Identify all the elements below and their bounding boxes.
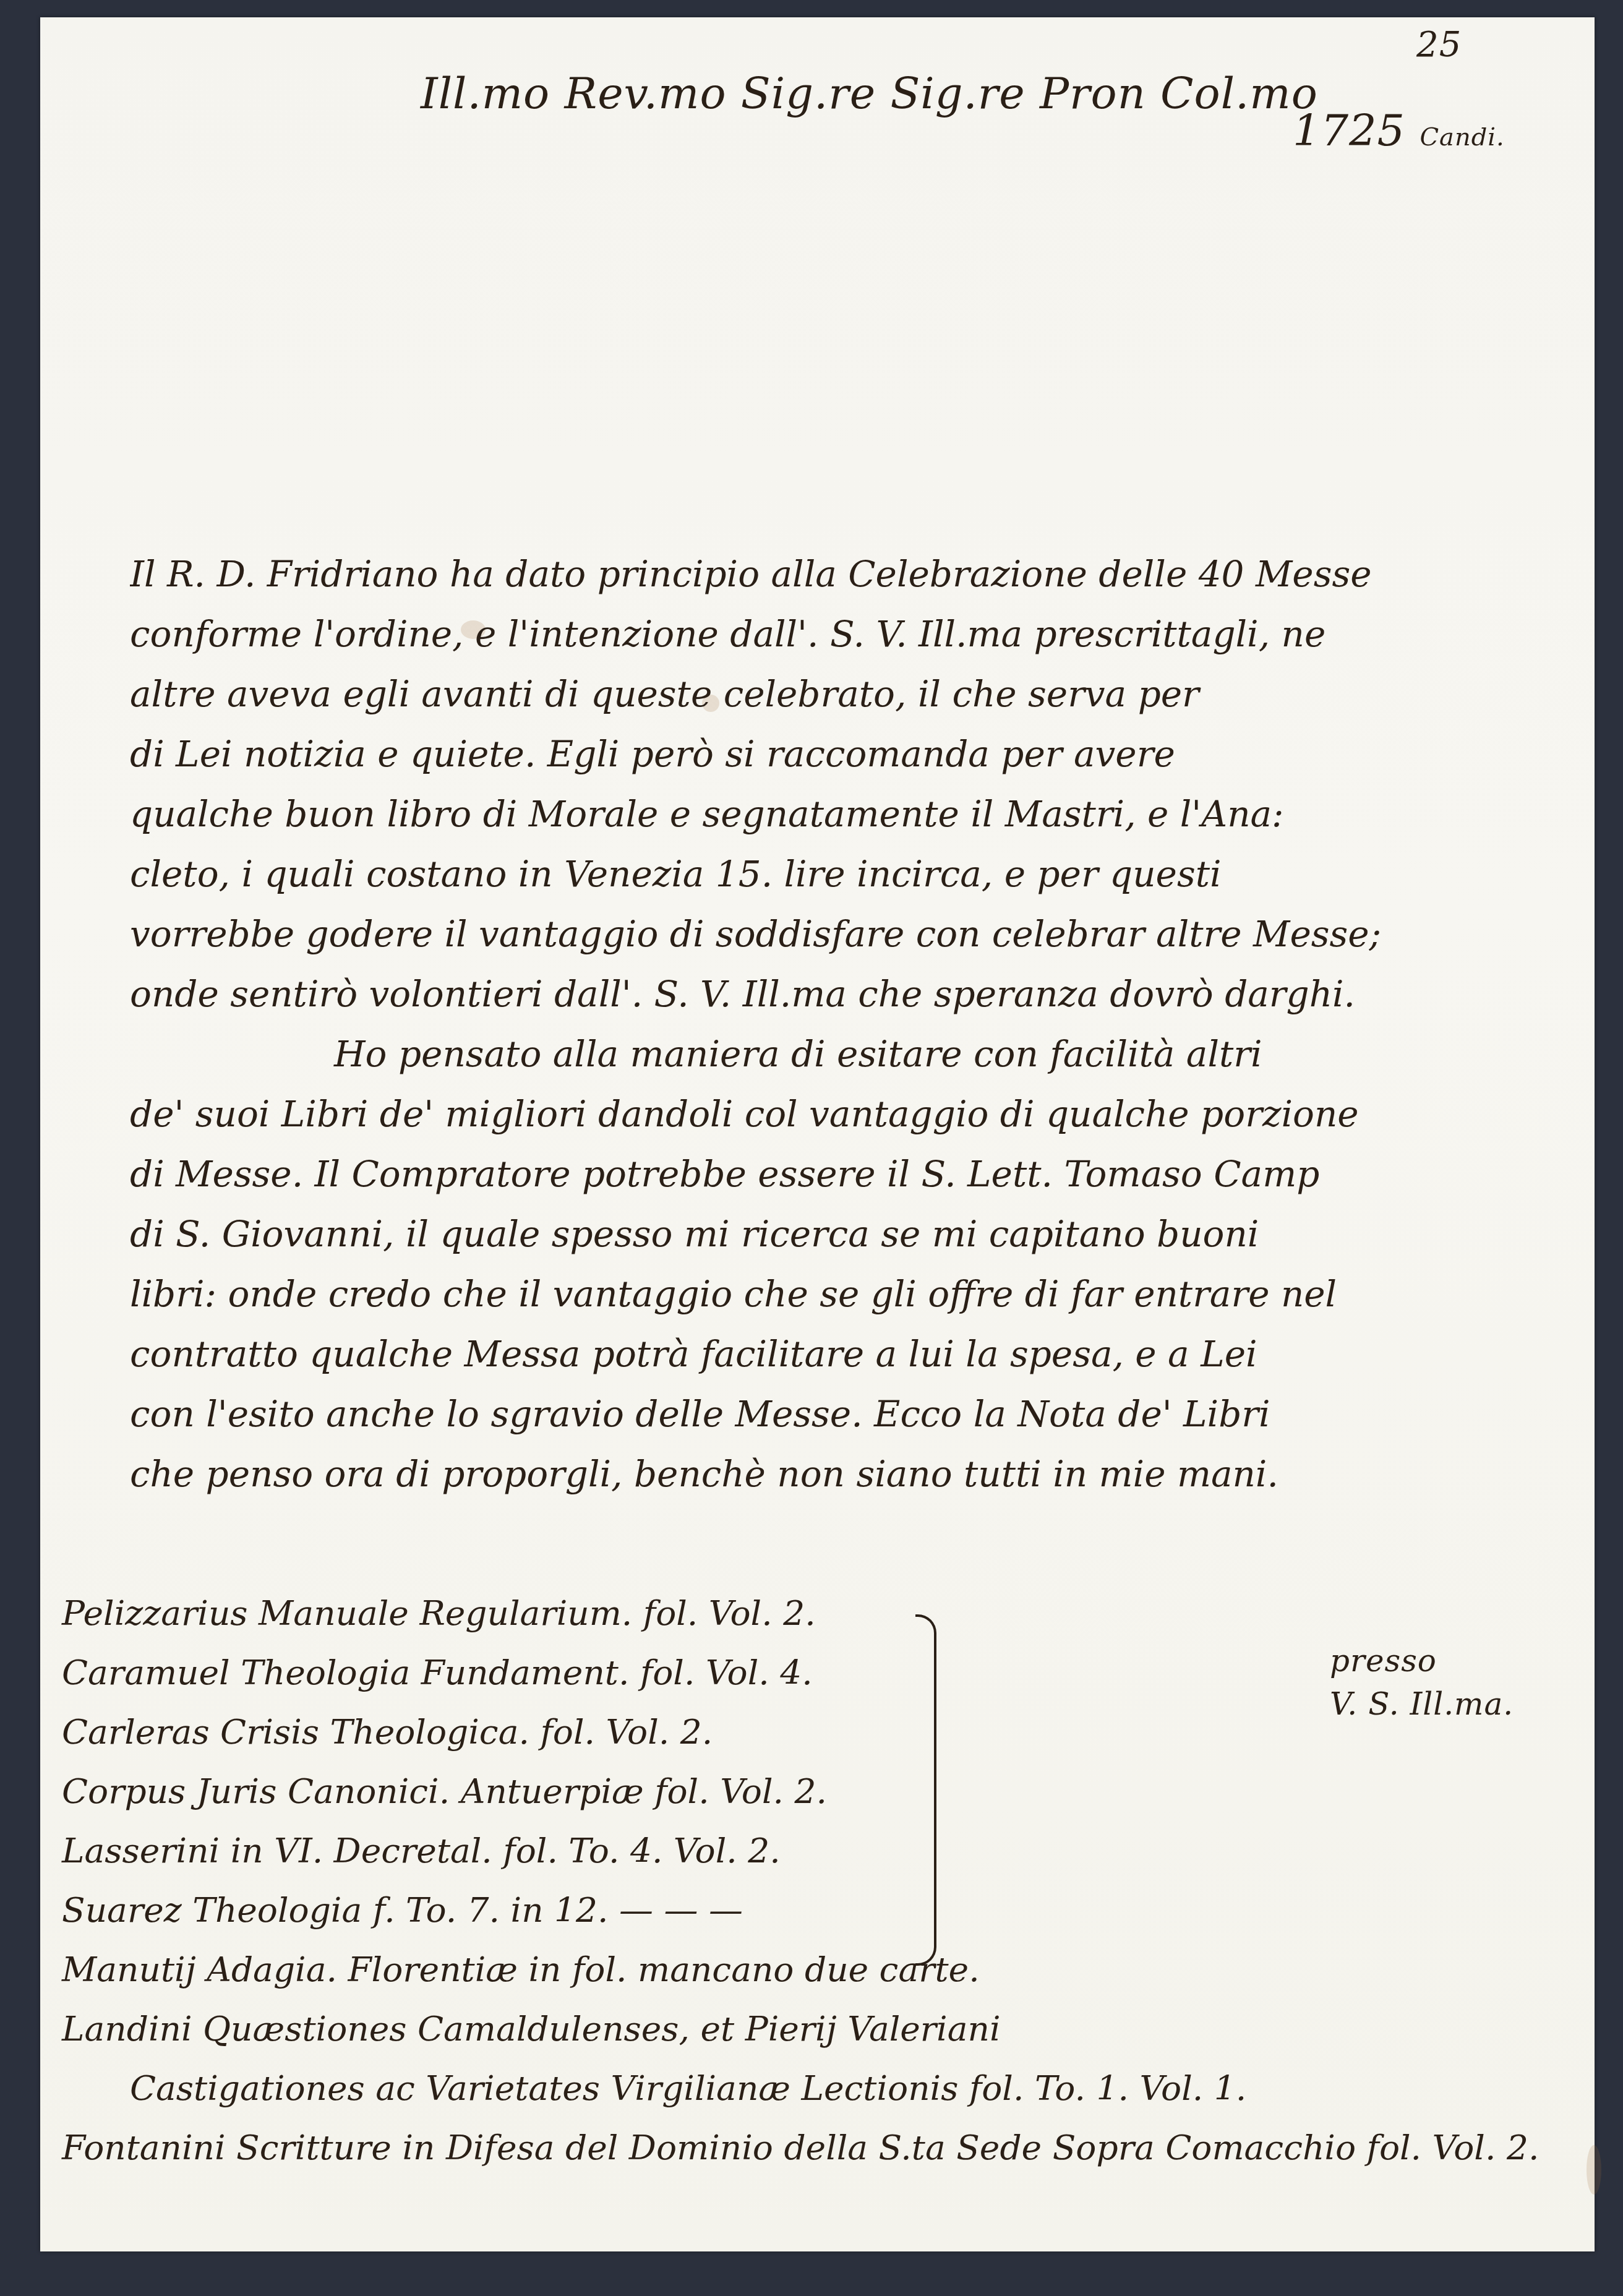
body-line: di S. Giovanni, il quale spesso mi ricer… — [130, 1204, 1565, 1264]
ink-stain — [1587, 2145, 1601, 2195]
body-line: cleto, i quali costano in Venezia 15. li… — [130, 844, 1565, 904]
book-entry: Castigationes ac Varietates Virgilianæ L… — [62, 2058, 1577, 2118]
folio-number: 25 — [1416, 25, 1462, 65]
body-line: altre aveva egli avanti di queste celebr… — [130, 664, 1565, 724]
book-entry: Manutij Adagia. Florentiæ in fol. mancan… — [62, 1940, 1577, 1999]
book-entry: Suarez Theologia f. To. 7. in 12. — — — — [62, 1880, 1577, 1940]
bracket-note-line1: presso — [1330, 1639, 1515, 1682]
body-line: de' suoi Libri de' migliori dandoli col … — [130, 1084, 1565, 1144]
date-annotation-text: Candi. — [1420, 123, 1504, 152]
body-line: qualche buon libro di Morale e segnatame… — [130, 784, 1565, 844]
body-line: vorrebbe godere il vantaggio di soddisfa… — [130, 904, 1565, 964]
body-line: onde sentirò volontieri dall'. S. V. Ill… — [130, 964, 1565, 1024]
body-line: libri: onde credo che il vantaggio che s… — [130, 1264, 1565, 1324]
bracket-note: presso V. S. Ill.ma. — [1330, 1639, 1515, 1726]
body-line: di Messe. Il Compratore potrebbe essere … — [130, 1144, 1565, 1204]
book-entry: Fontanini Scritture in Difesa del Domini… — [62, 2118, 1577, 2177]
book-entry: Landini Quæstiones Camaldulenses, et Pie… — [62, 1999, 1577, 2058]
body-line: Ho pensato alla maniera di esitare con f… — [130, 1024, 1565, 1084]
body-line: Il R. D. Fridriano ha dato principio all… — [130, 544, 1565, 604]
book-entry: Pelizzarius Manuale Regularium. fol. Vol… — [62, 1583, 1577, 1643]
body-line: conforme l'ordine, e l'intenzione dall'.… — [130, 604, 1565, 664]
body-line: contratto qualche Messa potrà facilitare… — [130, 1324, 1565, 1384]
date-year: 1725 — [1293, 105, 1405, 156]
body-line: di Lei notizia e quiete. Egli però si ra… — [130, 724, 1565, 784]
book-entry: Corpus Juris Canonici. Antuerpiæ fol. Vo… — [62, 1762, 1577, 1821]
grouping-bracket — [915, 1614, 936, 1966]
body-line: con l'esito anche lo sgravio delle Messe… — [130, 1384, 1565, 1444]
salutation-heading: Ill.mo Rev.mo Sig.re Sig.re Pron Col.mo — [421, 68, 1318, 119]
body-line: che penso ora di proporgli, benchè non s… — [130, 1444, 1565, 1504]
letter-body: Il R. D. Fridriano ha dato principio all… — [130, 544, 1565, 1504]
date-annotation: 1725 Candi. — [1293, 105, 1505, 156]
bracket-note-line2: V. S. Ill.ma. — [1330, 1682, 1515, 1726]
book-entry: Lasserini in VI. Decretal. fol. To. 4. V… — [62, 1821, 1577, 1880]
